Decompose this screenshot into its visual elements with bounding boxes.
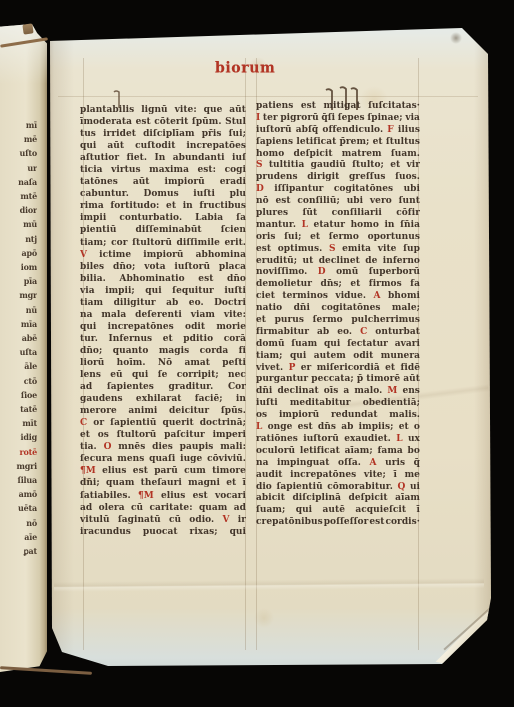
marginal-text-fragment: aīe: [0, 530, 37, 544]
text-line: ſapiensletificatp̄rem;etſtultus: [256, 137, 420, 149]
text-line: tatōnesaūtimpiorūeradi: [80, 176, 246, 188]
marginal-text-fragment: nō: [0, 516, 37, 530]
text-line: Stultitiagaudiūſtulto;etvir: [256, 160, 420, 172]
text-line: patiensestmitigatſuſcitatas·: [256, 101, 420, 113]
text-line: lenseūquiſecorripit;nec: [80, 369, 246, 381]
text-line: Victimeimpiorūabhomina: [80, 249, 246, 261]
rubricated-initial: A: [374, 291, 381, 303]
marginal-text-fragment: mū: [0, 217, 37, 231]
rubricated-initial: L: [256, 422, 262, 434]
text-line: vitulūſaginatūcūodio.Vir: [80, 514, 246, 526]
text-line: pientiūdiſſeminabūtſcien: [80, 224, 246, 236]
rubricated-initial: ¶M: [138, 490, 154, 502]
text-line: tiamdiligiturabeo.Doctri: [80, 297, 246, 309]
text-line: rimafortitudo:etinfructibus: [80, 200, 246, 212]
rubricated-initial: I: [256, 113, 260, 125]
marginal-text-fragment: naſa: [0, 175, 37, 189]
marginal-text-fragment: mē: [0, 132, 37, 146]
marginal-text-fragment: uſto: [0, 146, 37, 160]
text-line: bilesdn̄o;votaiuſtorūplaca: [80, 261, 246, 273]
text-line: tiam;quiautemoditmunera: [256, 351, 420, 363]
text-line: quiaūtcuſtoditincrepatōes: [80, 140, 246, 152]
text-line: orisſui;etſermooportunus: [256, 232, 420, 244]
text-line: iuſtorūabſq̄offendiculo.Filius: [256, 125, 420, 137]
marginal-text-fragment: ur: [0, 161, 37, 175]
marginal-text-fragment: ctō: [0, 374, 37, 388]
marginal-text-fragment: idig: [0, 430, 37, 444]
rubricated-initial: S: [256, 160, 263, 172]
text-line: ratiōnesiuſtorūexaudiet.Lux: [256, 434, 420, 446]
parchment-crease: [54, 578, 484, 592]
page-corner-fold-seam: [443, 607, 490, 650]
marginal-text-fragment: ꝑat: [0, 544, 37, 558]
rubricated-initial: ¶M: [80, 465, 96, 477]
rubricated-initial: V: [80, 249, 87, 261]
marginal-text-fragment: mīt: [0, 416, 37, 430]
text-line: nōestconſiliū;ubiveroſunt: [256, 196, 420, 208]
text-line: tiam;corſtultorūdiſſimileerit.: [80, 237, 246, 249]
text-line: dn̄ideclinatoīsamalo.Mens: [256, 386, 420, 398]
text-line: īmoderataestcōteritſpūm.Stul: [80, 116, 246, 128]
marginal-text-fragment: amō: [0, 487, 37, 501]
rubricated-initial: S: [329, 244, 336, 256]
facing-page-text-fragments: mīmēuſtournaſamtēdiormūntjapōiompīamgrnū…: [0, 118, 37, 570]
text-line: Diſſipanturcogitatōnesubi: [256, 184, 420, 196]
text-line: pluresſūtconſiliariicōfir: [256, 208, 420, 220]
marginal-text-fragment: mgr: [0, 288, 37, 302]
text-line: cietterminosvidue.Abhomi: [256, 291, 420, 303]
marginal-text-fragment: nū: [0, 303, 37, 317]
marginal-text-fragment: mīa: [0, 317, 37, 331]
text-line: namaladeſerentiviamvite:: [80, 309, 246, 321]
text-line: tia.Omnēsdiespaupismali:: [80, 441, 246, 453]
text-line: Corſapientiūqueritdoctrinā;: [80, 417, 246, 429]
rubricated-initial: F: [387, 125, 393, 137]
text-line: purganturpeccata;p̄timorēaūt: [256, 374, 420, 386]
text-line: gaudensexhilaratfaciē;in: [80, 393, 246, 405]
manuscript-photo: mīmēuſtournaſamtēdiormūntjapōiompīamgrnū…: [0, 0, 514, 707]
text-line: dioſapientiūcōmorabitur.Qui: [256, 482, 420, 494]
text-line: Longeestdn̄sabimpiis;eto: [256, 422, 420, 434]
text-line: crepatōnibuspoſſeſſorestcordis·: [256, 517, 420, 529]
rubricated-initial: C: [360, 327, 367, 339]
rubricated-initial: D: [256, 184, 264, 196]
marginal-text-fragment: ſioe: [0, 388, 37, 402]
marginal-text-fragment: mī: [0, 118, 37, 132]
text-line: Iterpigrorūq̄ſiſepesſpinae;via: [256, 113, 420, 125]
text-line: ſecuramensquaſiiugecōviviū.: [80, 453, 246, 465]
text-line: abicitdiſciplinādeſpicitaīam: [256, 493, 420, 505]
rubricated-initial: P: [289, 363, 296, 375]
text-line: prudensdirigitgreſſusſuos.: [256, 172, 420, 184]
rubricated-initial: D: [318, 267, 326, 279]
rubricated-initial: L: [396, 434, 402, 446]
text-line: plantabilislignūvite:queaūt: [80, 104, 246, 116]
rubricated-initial: Q: [397, 482, 405, 494]
marginal-text-fragment: apō: [0, 246, 37, 260]
text-line: noviſſimo.Domūſuperborū: [256, 267, 420, 279]
marginal-text-fragment: abē: [0, 331, 37, 345]
text-line: osimpiorūredundatmalis.: [256, 410, 420, 422]
rubricated-initial: O: [104, 441, 112, 453]
text-line: ſatiabiles.¶Meliusestvocari: [80, 490, 246, 502]
rubricated-initial: rotē: [19, 447, 37, 457]
book-edge-bottom: [0, 666, 92, 675]
marginal-text-fragment: uēta: [0, 501, 37, 515]
text-line: iuſtimeditabiturobedientiā;: [256, 398, 420, 410]
text-line: adſapientesgraditur.Cor: [80, 381, 246, 393]
text-line: etosſtultorūpaſciturimperi: [80, 429, 246, 441]
manuscript-page: biorum plantabilislignūvite:queaūtīmoder…: [44, 28, 492, 670]
text-column-right: patiensestmitigatſuſcitatas·Iterpigrorūq…: [256, 101, 420, 529]
text-line: adoleracūcaritate:quamad: [80, 502, 246, 514]
text-line: tusirridetdiſciplīampr̄isſui;: [80, 128, 246, 140]
marginal-text-fragment: iom: [0, 260, 37, 274]
text-line: liorūhoīm.Nōamatpeſti: [80, 357, 246, 369]
text-column-left: plantabilislignūvite:queaūtīmoderataestc…: [80, 104, 246, 538]
text-line: aſtutiorfiet.Inabundantiiuſ: [80, 152, 246, 164]
marginal-text-fragment: ſilua: [0, 473, 37, 487]
text-line: tur.Infernusetpditiocorā: [80, 333, 246, 345]
text-line: estoptimus.Semitaviteſup: [256, 244, 420, 256]
rubricated-initial: L: [302, 220, 308, 232]
marginal-text-fragment: āle: [0, 359, 37, 373]
text-line: ¶Meliusestparūcumtimore: [80, 465, 246, 477]
rubricated-initial: V: [222, 514, 229, 526]
binding-tab: [22, 23, 33, 34]
text-line: viaimpii;quiſequituriuſti: [80, 285, 246, 297]
text-line: homodeſpicitmatremſuam.: [256, 149, 420, 161]
marginal-text-fragment: dior: [0, 203, 37, 217]
marginal-text-fragment: mtē: [0, 189, 37, 203]
rubricated-initial: A: [370, 458, 377, 470]
marginal-text-fragment: ntj: [0, 232, 37, 246]
text-line: ſuam;quiautēacquieſcitī: [256, 505, 420, 517]
text-line: impiiconturbatio.Labiaſa: [80, 212, 246, 224]
text-line: firmabiturabeo.Conturbat: [256, 327, 420, 339]
text-line: dn̄o;quantomagiscordafi: [80, 345, 246, 357]
text-line: bilia.Abhominatioestdn̄o: [80, 273, 246, 285]
text-line: meroreanimideiciturſpūs.: [80, 405, 246, 417]
marginal-text-fragment: mgri: [0, 459, 37, 473]
text-line: cabuntur.Domusiuſtiplu: [80, 188, 246, 200]
text-line: natiodn̄icogitatōnesmale;: [256, 303, 420, 315]
text-line: auditincrepatōnesvite;īme: [256, 470, 420, 482]
text-line: demolieturdn̄s;etfirmosfa: [256, 279, 420, 291]
text-line: etpurusſermopulcherrimus: [256, 315, 420, 327]
text-line: dn̄i;quamtheſaurimagnietī: [80, 477, 246, 489]
marginal-text-fragment: rotē: [0, 445, 37, 459]
marginal-text-fragment: pīa: [0, 274, 37, 288]
text-line: iracunduspuocatrixas;qui: [80, 526, 246, 538]
text-line: naimpinguatoſſa.Aurisq̄: [256, 458, 420, 470]
text-line: mantur.Letaturhomoinſn̄ia: [256, 220, 420, 232]
rubricated-initial: M: [387, 386, 397, 398]
marginal-text-fragment: tatē: [0, 402, 37, 416]
text-line: domūſuamquiſectaturavari: [256, 339, 420, 351]
text-line: oculorūletificataīam;famabo: [256, 446, 420, 458]
text-line: vivet.Permiſericordiāetfidē: [256, 363, 420, 375]
rubricated-initial: C: [80, 417, 87, 429]
text-line: ticiavirtusmaximaest:cogi: [80, 164, 246, 176]
text-line: quiincrepatōnesoditmorie: [80, 321, 246, 333]
running-title: biorum: [215, 59, 275, 76]
marginal-text-fragment: uſta: [0, 345, 37, 359]
text-line: eruditū;utdeclinetdeinferno: [256, 256, 420, 268]
